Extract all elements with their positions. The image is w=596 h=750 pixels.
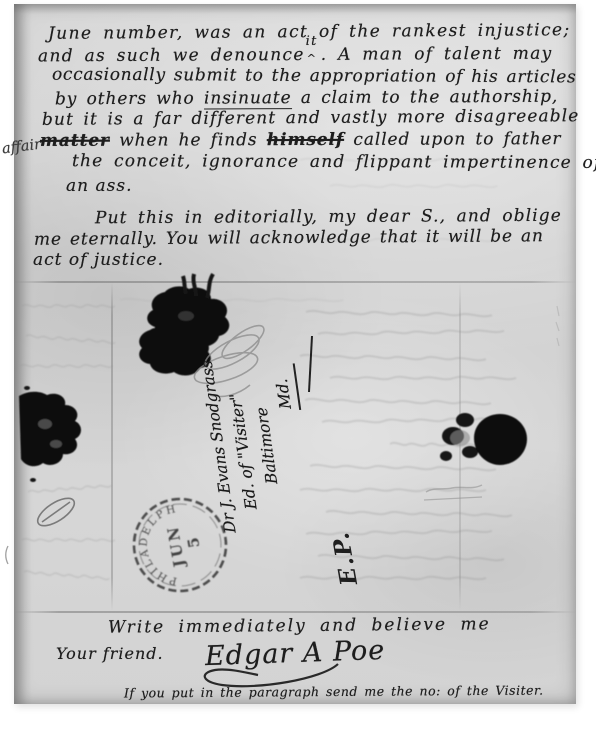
paragraph2-line-2: me eternally. You will acknowledge that … bbox=[34, 226, 544, 250]
wax-seal-stain-left bbox=[19, 386, 81, 482]
underlined-word: insinuate bbox=[204, 88, 292, 109]
letter-line-2a: and as such we denounce bbox=[38, 45, 305, 66]
caret-mark: ^ bbox=[307, 52, 318, 65]
struck-word-himself: himself bbox=[267, 130, 344, 150]
letter-line-6b: called upon to father bbox=[344, 129, 561, 150]
letter-line-8: an ass. bbox=[66, 176, 132, 196]
address-state: Md. bbox=[268, 364, 302, 412]
letter-photograph: June number, was an act of the rankest i… bbox=[0, 0, 596, 750]
signature: Edgar A Poe bbox=[205, 635, 386, 672]
faint-scribble bbox=[424, 485, 482, 500]
postmark-day: 5 bbox=[184, 536, 204, 549]
letter-line-7: the conceit, ignorance and flippant impe… bbox=[72, 151, 596, 173]
struck-word-matter: matter bbox=[40, 131, 110, 151]
letter-line-3: occasionally submit to the appropriation… bbox=[52, 65, 577, 88]
letter-line-6a: when he finds bbox=[110, 130, 267, 151]
margin-paren-mark bbox=[6, 546, 8, 564]
closing-line-2: Your friend. bbox=[56, 644, 164, 663]
letter-line-2: and as such we denounceit^. A man of tal… bbox=[38, 44, 553, 67]
letter-line-2b: . A man of talent may bbox=[321, 44, 553, 65]
letter-line-4a: by others who bbox=[55, 89, 204, 110]
pen-ellipse-mark bbox=[33, 493, 78, 531]
archival-marks bbox=[556, 306, 559, 346]
wax-seal-stains-right bbox=[440, 413, 527, 465]
letter-line-6: matter when he finds himself called upon… bbox=[40, 129, 562, 151]
letter-line-4b: a claim to the authorship, bbox=[291, 87, 558, 108]
address-underline bbox=[309, 336, 312, 392]
letter-line-5: but it is a far different and vastly mor… bbox=[42, 106, 580, 130]
closing-line-1: Write immediately and believe me bbox=[108, 614, 491, 637]
interlined-insertion: it^ bbox=[305, 50, 321, 60]
postmark-stamp: PHILADELPHIA JUN 5 bbox=[125, 490, 235, 600]
paragraph2-line-3: act of justice. bbox=[33, 250, 164, 270]
inserted-word: it bbox=[306, 34, 318, 49]
postscript: If you put in the paragraph send me the … bbox=[124, 683, 544, 701]
paragraph2-line-1: Put this in editorially, my dear S., and… bbox=[95, 206, 562, 228]
